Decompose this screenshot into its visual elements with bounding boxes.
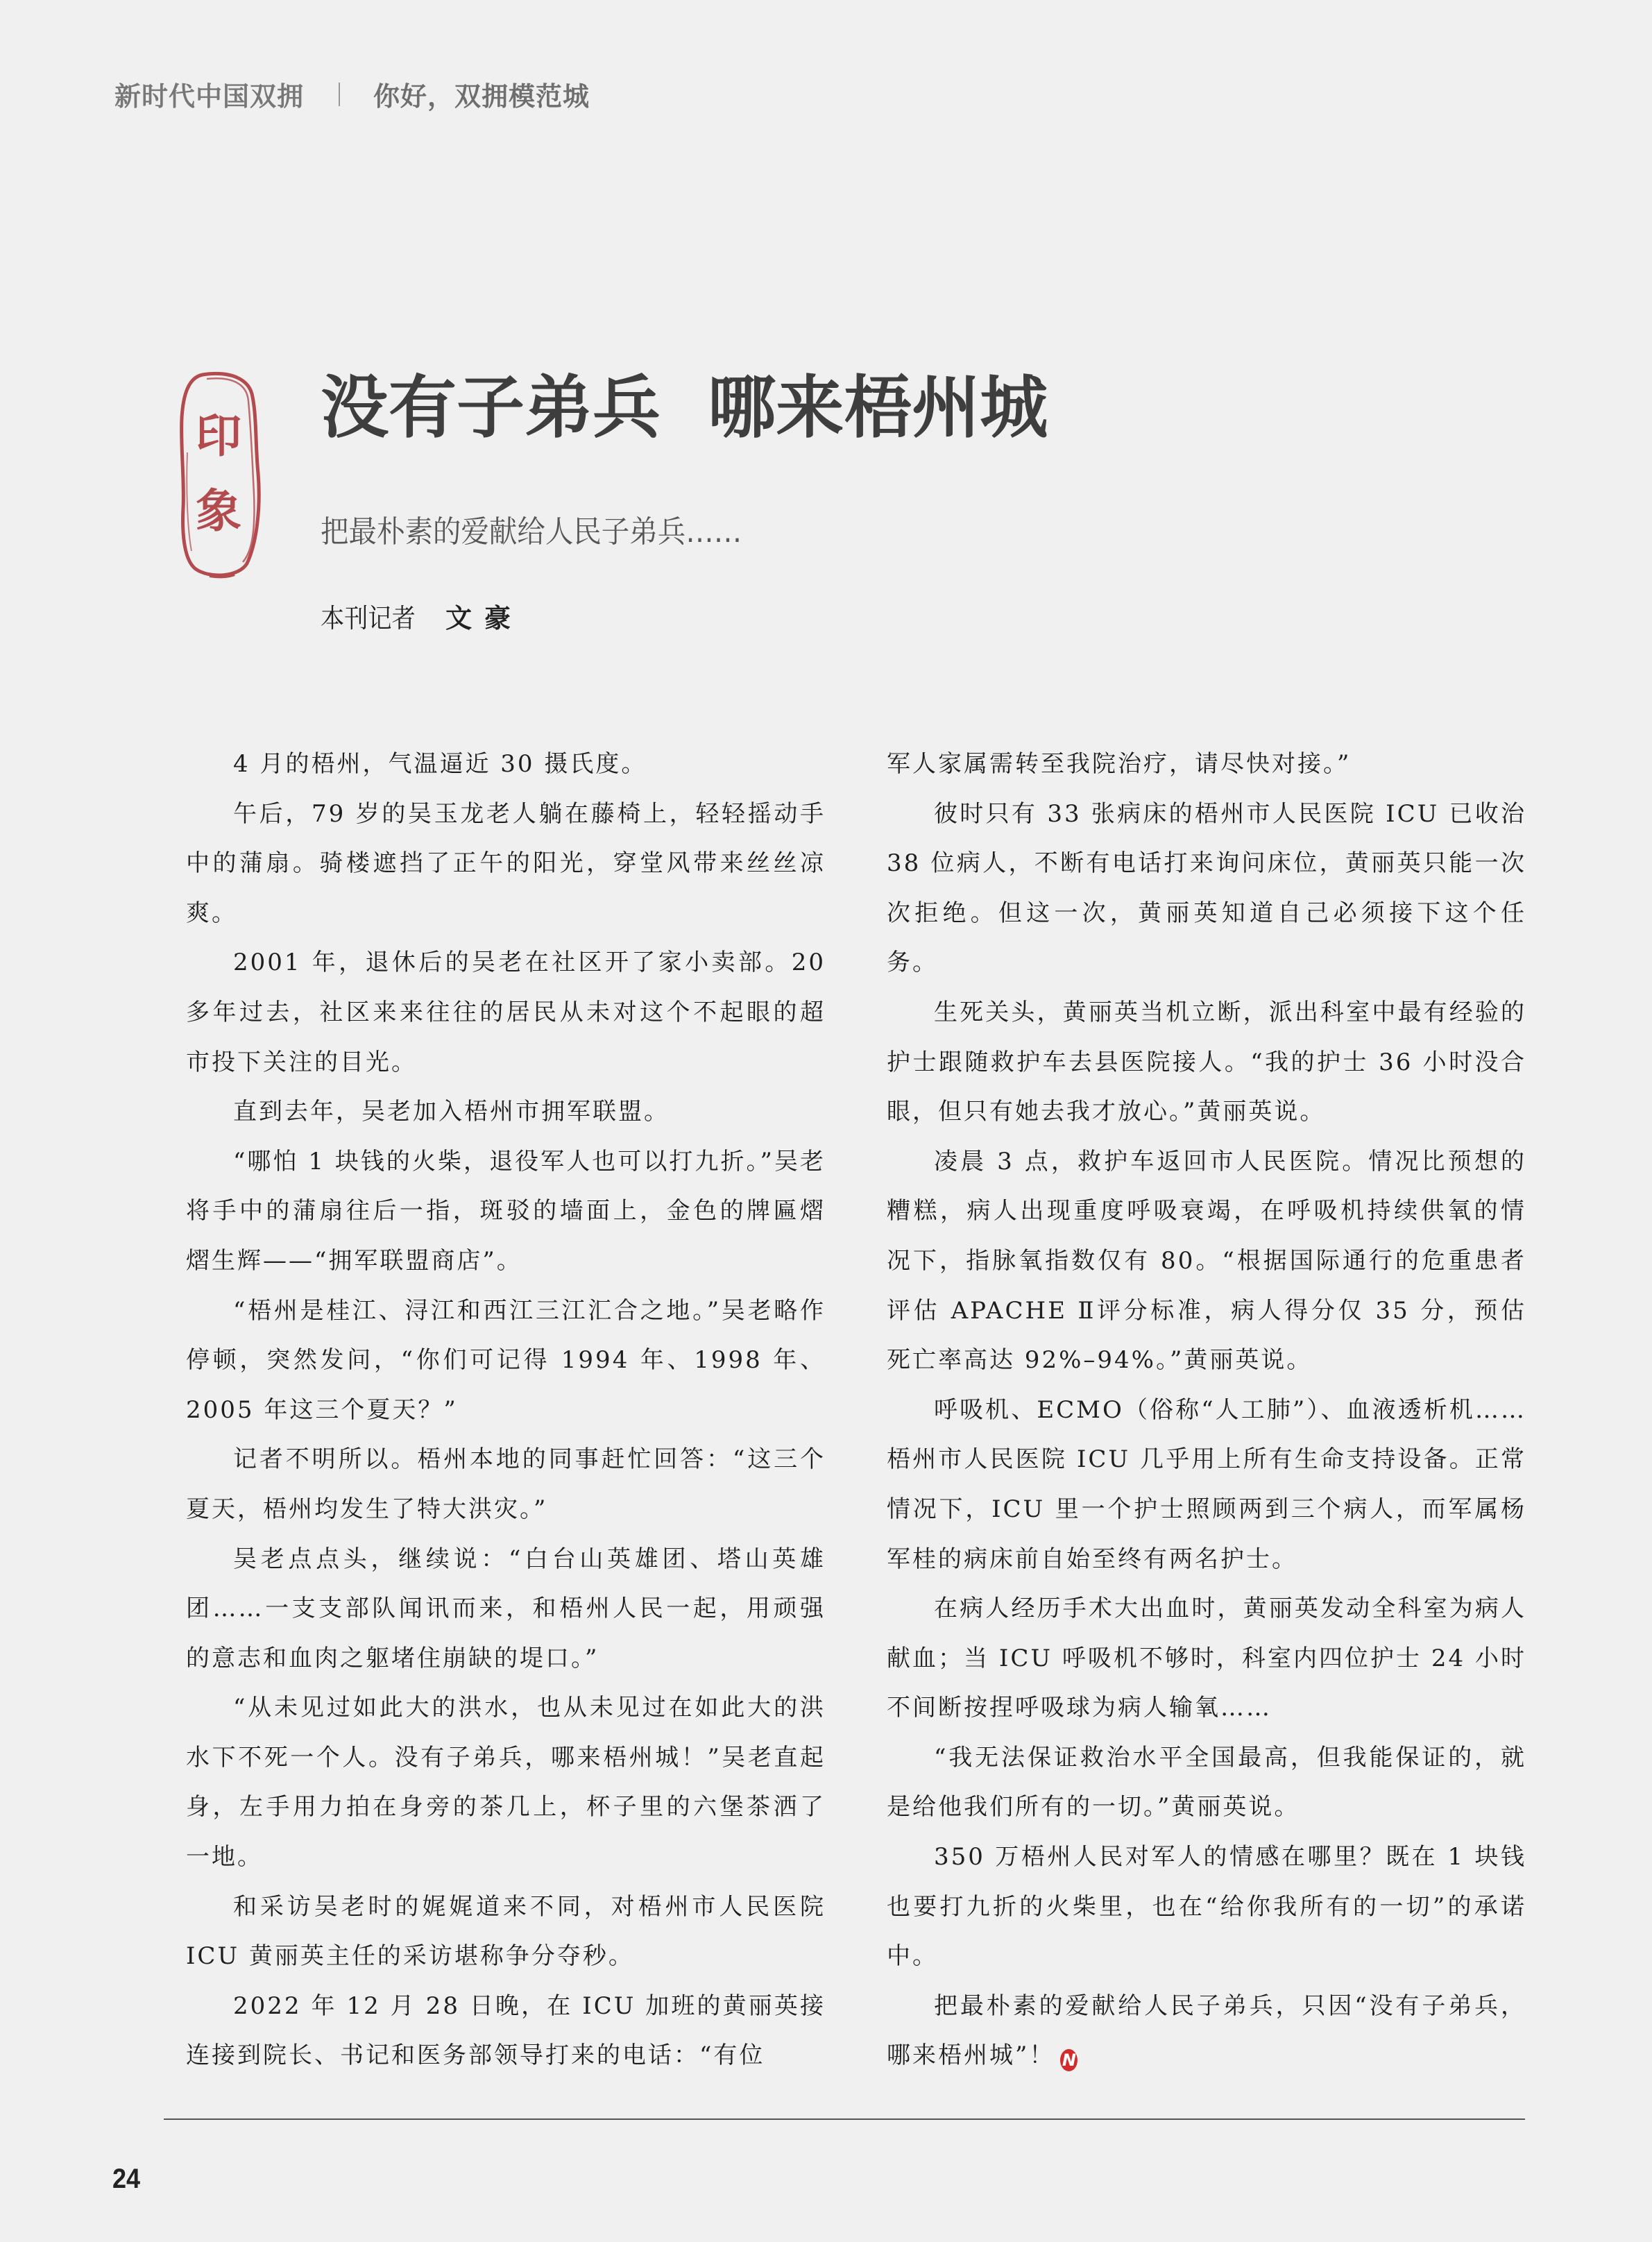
paragraph: “梧州是桂江、浔江和西江三江汇合之地。”吴老略作停顿，突然发问，“你们可记得 1… — [186, 1286, 826, 1436]
paragraph: 生死关头，黄丽英当机立断，派出科室中最有经验的护士跟随救护车去县医院接人。“我的… — [887, 988, 1526, 1137]
paragraph: 彼时只有 33 张病床的梧州市人民医院 ICU 已收治 38 位病人，不断有电话… — [887, 790, 1526, 988]
article-subtitle: 把最朴素的爱献给人民子弟兵…… — [321, 507, 742, 551]
final-paragraph: 把最朴素的爱献给人民子弟兵，只因“没有子弟兵，哪来梧州城”！N — [887, 1982, 1526, 2081]
running-header: 新时代中国双拥 你好，双拥模范城 — [114, 75, 590, 113]
paragraph: “从未见过如此大的洪水，也从未见过在如此大的洪水下不死一个人。没有子弟兵，哪来梧… — [186, 1683, 826, 1882]
paragraph: 350 万梧州人民对军人的情感在哪里？既在 1 块钱也要打九折的火柴里，也在“给… — [887, 1833, 1526, 1982]
paragraph: 午后，79 岁的吴玉龙老人躺在藤椅上，轻轻摇动手中的蒲扇。骑楼遮挡了正午的阳光，… — [186, 790, 826, 939]
paragraph: 记者不明所以。梧州本地的同事赶忙回答：“这三个夏天，梧州均发生了特大洪灾。” — [186, 1435, 826, 1534]
paragraph: 2022 年 12 月 28 日晚，在 ICU 加班的黄丽英接连接到院长、书记和… — [186, 1982, 826, 2081]
paragraph: 4 月的梧州，气温逼近 30 摄氏度。 — [186, 740, 826, 790]
paragraph: 吴老点点头，继续说：“白台山英雄团、塔山英雄团……一支支部队闻讯而来，和梧州人民… — [186, 1535, 826, 1684]
footer-divider — [164, 2118, 1525, 2120]
seal-border-icon — [175, 369, 262, 579]
paragraph: 和采访吴老时的娓娓道来不同，对梧州市人民医院 ICU 黄丽英主任的采访堪称争分夺… — [186, 1883, 826, 1982]
paragraph: 2001 年，退休后的吴老在社区开了家小卖部。20 多年过去，社区来来往往的居民… — [186, 938, 826, 1087]
header-separator — [339, 83, 340, 106]
paragraph: 凌晨 3 点，救护车返回市人民医院。情况比预想的糟糕，病人出现重度呼吸衰竭，在呼… — [887, 1137, 1526, 1386]
paragraph: “我无法保证救治水平全国最高，但我能保证的，就是给他我们所有的一切。”黄丽英说。 — [887, 1733, 1526, 1833]
article-title: 没有子弟兵 哪来梧州城 — [321, 369, 1048, 448]
paragraph-continued: 军人家属需转至我院治疗，请尽快对接。” — [887, 740, 1526, 790]
seal-stamp: 印 象 — [175, 369, 262, 579]
header-section: 新时代中国双拥 — [114, 75, 304, 113]
body-column-left: 4 月的梧州，气温逼近 30 摄氏度。 午后，79 岁的吴玉龙老人躺在藤椅上，轻… — [186, 740, 826, 2081]
byline-author: 文豪 — [445, 603, 523, 634]
header-topic: 你好，双拥模范城 — [373, 75, 590, 113]
paragraph: 呼吸机、ECMO（俗称“人工肺”）、血液透析机……梧州市人民医院 ICU 几乎用… — [887, 1386, 1526, 1584]
body-column-right: 军人家属需转至我院治疗，请尽快对接。” 彼时只有 33 张病床的梧州市人民医院 … — [887, 740, 1526, 2081]
final-paragraph-text: 把最朴素的爱献给人民子弟兵，只因“没有子弟兵，哪来梧州城”！ — [887, 1992, 1526, 2070]
byline: 本刊记者 文豪 — [321, 597, 523, 635]
seal-char-xiang: 象 — [175, 489, 262, 534]
byline-role: 本刊记者 — [321, 597, 416, 635]
page-number: 24 — [112, 2164, 140, 2195]
paragraph: “哪怕 1 块钱的火柴，退役军人也可以打九折。”吴老将手中的蒲扇往后一指，斑驳的… — [186, 1137, 826, 1286]
seal-char-yin: 印 — [175, 414, 262, 459]
end-mark-icon: N — [1060, 2049, 1078, 2071]
paragraph: 在病人经历手术大出血时，黄丽英发动全科室为病人献血；当 ICU 呼吸机不够时，科… — [887, 1584, 1526, 1733]
paragraph: 直到去年，吴老加入梧州市拥军联盟。 — [186, 1087, 826, 1137]
